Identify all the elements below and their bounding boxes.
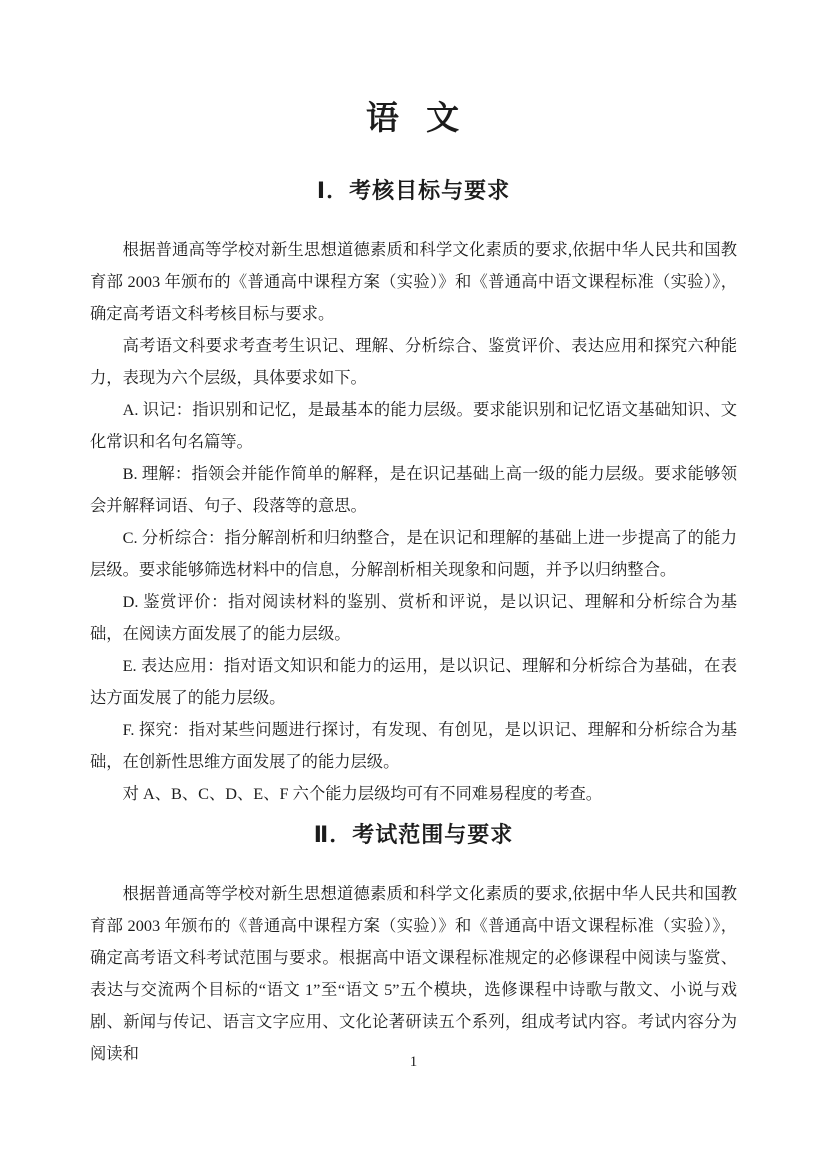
section-exam-scope: Ⅱ．考试范围与要求 根据普通高等学校对新生思想道德素质和科学文化素质的要求,依据…: [90, 820, 737, 1070]
paragraph-level-b: B. 理解：指领会并能作简单的解释，是在识记基础上高一级的能力层级。要求能够领会…: [90, 458, 737, 522]
paragraph-abilities: 高考语文科要求考查考生识记、理解、分析综合、鉴赏评价、表达应用和探究六种能力，表…: [90, 330, 737, 394]
section-2-heading: Ⅱ．考试范围与要求: [90, 820, 737, 850]
section-1-body: 根据普通高等学校对新生思想道德素质和科学文化素质的要求,依据中华人民共和国教育部…: [90, 234, 737, 810]
document-page: 语 文 Ⅰ．考核目标与要求 根据普通高等学校对新生思想道德素质和科学文化素质的要…: [0, 0, 827, 1169]
section-2-body: 根据普通高等学校对新生思想道德素质和科学文化素质的要求,依据中华人民共和国教育部…: [90, 878, 737, 1070]
paragraph-level-d: D. 鉴赏评价：指对阅读材料的鉴别、赏析和评说，是以识记、理解和分析综合为基础，…: [90, 586, 737, 650]
paragraph-level-f: F. 探究：指对某些问题进行探讨，有发现、有创见，是以识记、理解和分析综合为基础…: [90, 714, 737, 778]
paragraph-level-e: E. 表达应用：指对语文知识和能力的运用，是以识记、理解和分析综合为基础，在表达…: [90, 650, 737, 714]
section-1-heading: Ⅰ．考核目标与要求: [90, 176, 737, 206]
page-number: 1: [0, 1052, 827, 1072]
paragraph-scope-intro: 根据普通高等学校对新生思想道德素质和科学文化素质的要求,依据中华人民共和国教育部…: [90, 878, 737, 1070]
document-title: 语 文: [90, 0, 737, 140]
paragraph-level-c: C. 分析综合：指分解剖析和归纳整合，是在识记和理解的基础上进一步提高了的能力层…: [90, 522, 737, 586]
paragraph-intro: 根据普通高等学校对新生思想道德素质和科学文化素质的要求,依据中华人民共和国教育部…: [90, 234, 737, 330]
paragraph-level-a: A. 识记：指识别和记忆，是最基本的能力层级。要求能识别和记忆语文基础知识、文化…: [90, 394, 737, 458]
page-content: 语 文 Ⅰ．考核目标与要求 根据普通高等学校对新生思想道德素质和科学文化素质的要…: [90, 0, 737, 1070]
paragraph-levels-summary: 对 A、B、C、D、E、F 六个能力层级均可有不同难易程度的考查。: [90, 778, 737, 810]
section-assessment-objectives: Ⅰ．考核目标与要求 根据普通高等学校对新生思想道德素质和科学文化素质的要求,依据…: [90, 176, 737, 810]
